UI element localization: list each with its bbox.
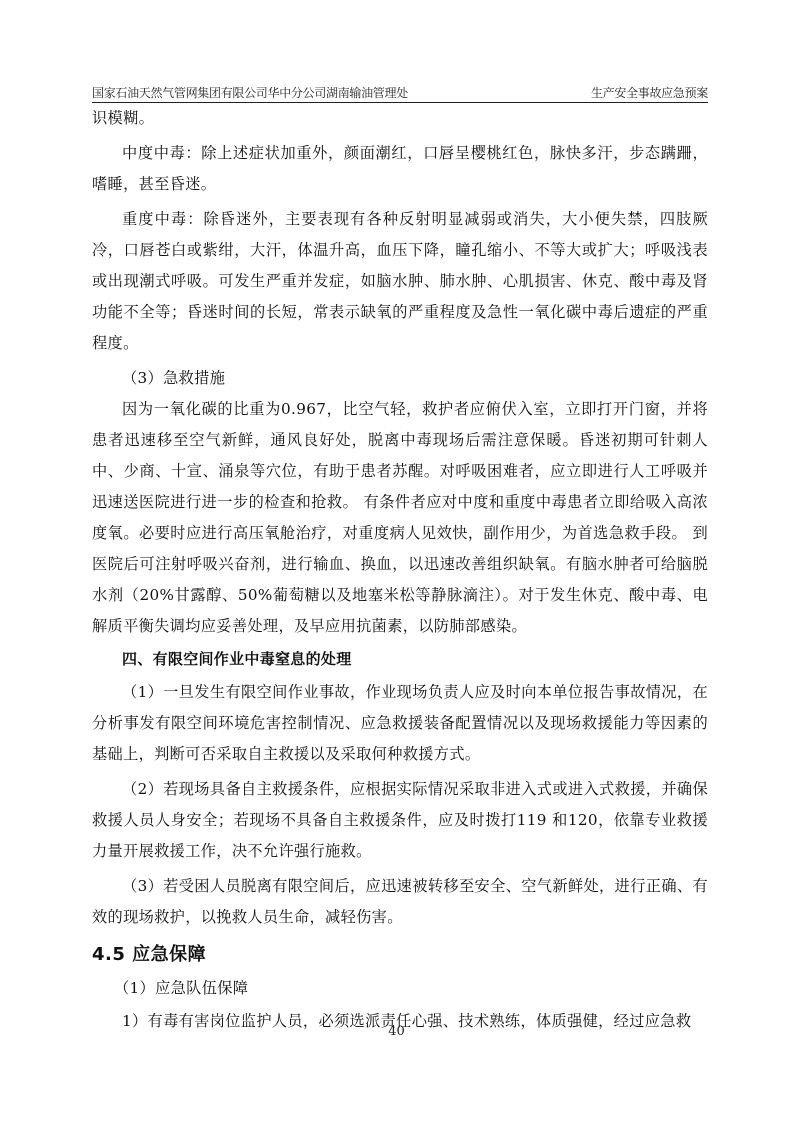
header-document-title: 生产安全事故应急预案 bbox=[591, 84, 708, 101]
subheading-first-aid: （3）急救措施 bbox=[92, 363, 708, 394]
paragraph-confined-space-1: （1）一旦发生有限空间作业事故，作业现场负责人应及时向本单位报告事故情况，在分析… bbox=[92, 677, 708, 770]
document-page: 国家石油天然气管网集团有限公司华中分公司湖南输油管理处 生产安全事故应急预案 识… bbox=[0, 0, 793, 1122]
paragraph-moderate-poisoning: 中度中毒：除上述症状加重外，颜面潮红，口唇呈樱桃红色，脉快多汗，步态蹒跚，嗜睡，… bbox=[92, 138, 708, 200]
paragraph-confined-space-2: （2）若现场具备自主救援条件，应根据实际情况采取非进入式或进入式救援，并确保救援… bbox=[92, 774, 708, 867]
subheading-team-support: （1）应急队伍保障 bbox=[92, 973, 708, 1004]
page-number: 40 bbox=[0, 1024, 793, 1039]
page-content: 识模糊。 中度中毒：除上述症状加重外，颜面潮红，口唇呈樱桃红色，脉快多汗，步态蹒… bbox=[92, 103, 708, 1037]
paragraph-confined-space-3: （3）若受困人员脱离有限空间后，应迅速被转移至安全、空气新鲜处，进行正确、有效的… bbox=[92, 871, 708, 933]
paragraph-first-aid: 因为一氧化碳的比重为0.967，比空气轻，救护者应俯伏入室，立即打开门窗，并将患… bbox=[92, 394, 708, 642]
heading-confined-space: 四、有限空间作业中毒窒息的处理 bbox=[92, 644, 708, 675]
section-title-emergency-support: 4.5 应急保障 bbox=[92, 937, 708, 973]
page-header: 国家石油天然气管网集团有限公司华中分公司湖南输油管理处 生产安全事故应急预案 bbox=[92, 84, 708, 102]
header-organization: 国家石油天然气管网集团有限公司华中分公司湖南输油管理处 bbox=[92, 84, 408, 101]
paragraph-severe-poisoning: 重度中毒：除昏迷外，主要表现有各种反射明显减弱或消失，大小便失禁，四肢厥冷，口唇… bbox=[92, 204, 708, 359]
paragraph-continuation: 识模糊。 bbox=[92, 103, 708, 134]
